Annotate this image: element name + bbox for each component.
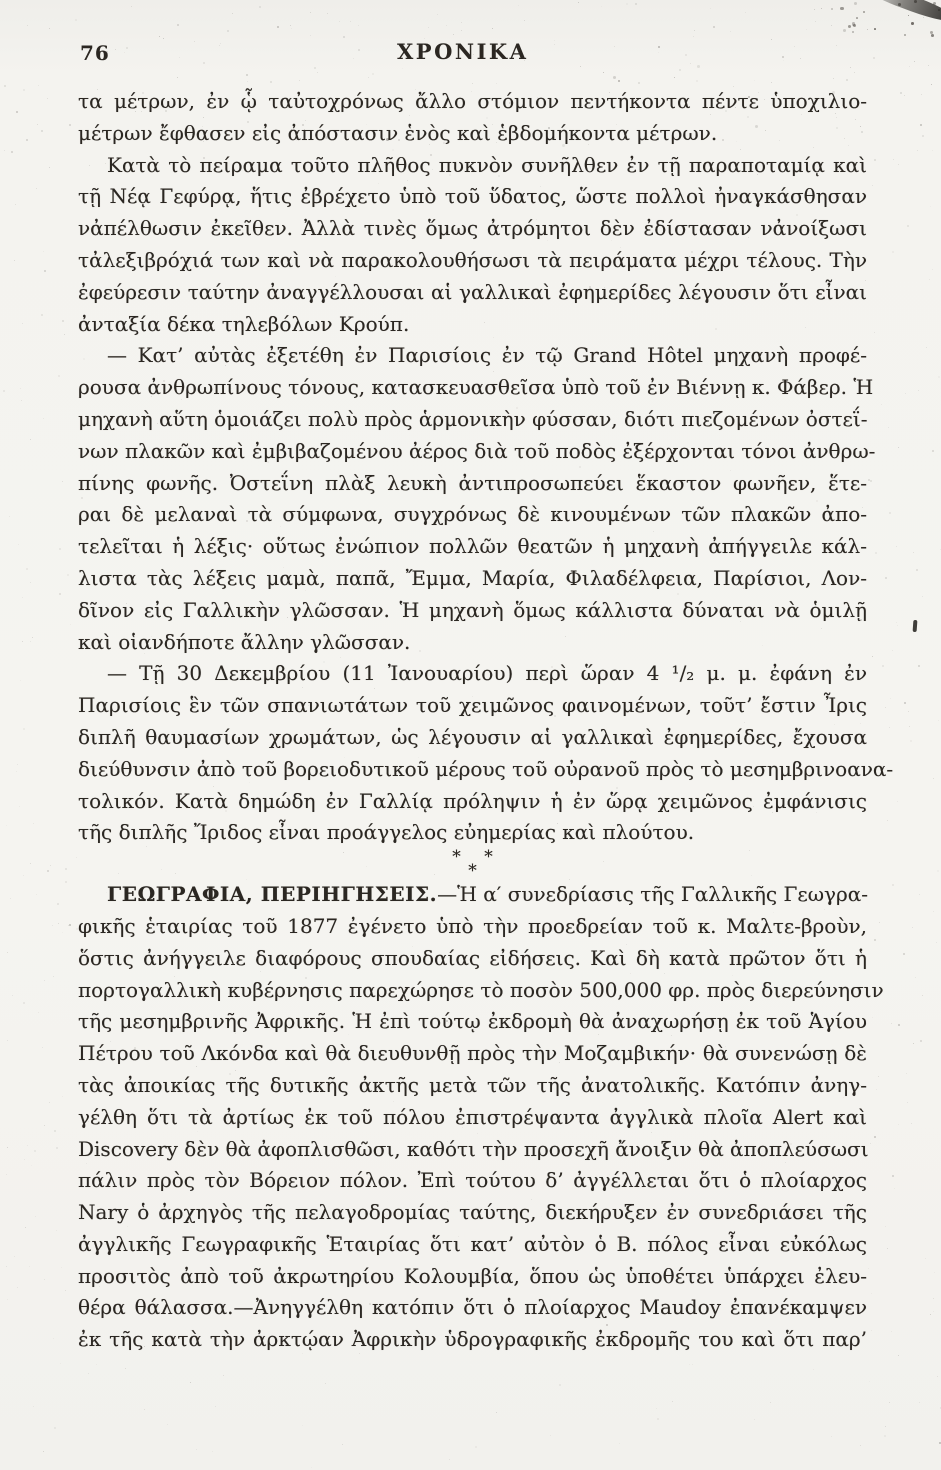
speck <box>18 544 19 545</box>
speck <box>892 650 893 651</box>
speck <box>898 164 899 165</box>
speck <box>882 665 884 667</box>
section-heading: ΓΕΩΓΡΑΦΙΑ, ΠΕΡΙΗΓΗΣΕΙΣ. <box>107 882 437 906</box>
speck <box>17 1287 18 1288</box>
speck <box>302 1425 303 1426</box>
speck <box>690 63 691 64</box>
speck <box>697 65 700 68</box>
text-line: πάλιν πρὸς τὸν Βόρειον πόλον. Ἐπὶ τούτου… <box>78 1165 867 1197</box>
speck <box>353 58 354 59</box>
speck <box>770 1402 771 1403</box>
speck <box>550 1435 551 1436</box>
speck <box>29 1266 30 1267</box>
speck <box>917 150 918 151</box>
speck <box>53 1338 54 1339</box>
speck <box>496 83 497 84</box>
speck <box>833 78 834 79</box>
speck <box>929 279 930 280</box>
speck <box>58 923 59 924</box>
speck <box>6 825 7 826</box>
speck <box>6 1174 7 1175</box>
speck <box>26 568 28 570</box>
speck <box>848 25 851 28</box>
speck <box>892 884 894 886</box>
speck <box>47 98 48 99</box>
speck <box>27 25 28 26</box>
speck <box>619 1443 620 1444</box>
speck <box>44 270 46 272</box>
speck <box>831 25 832 26</box>
speck <box>14 1256 15 1257</box>
speck <box>49 167 50 168</box>
speck <box>922 995 923 996</box>
speck <box>913 1043 914 1044</box>
speck <box>928 65 929 66</box>
speck <box>342 1444 343 1445</box>
speck <box>35 1216 36 1217</box>
text-line: Πέτρου τοῦ Λκόνδα καὶ θὰ διευθυνθῇ πρὸς … <box>78 1038 867 1070</box>
section-chronika: τα μέτρων, ἐν ᾧ ταὐτοχρόνως ἄλλο στόμιον… <box>78 86 867 849</box>
text-line: ὅστις ἀνήγγειλε διαφόρους σπουδαίας εἰδή… <box>78 943 867 975</box>
speck <box>909 726 910 727</box>
speck <box>930 1314 931 1315</box>
speck <box>814 9 815 10</box>
speck <box>215 1406 216 1407</box>
speck <box>821 8 822 9</box>
speck <box>14 260 15 261</box>
speck <box>889 727 890 728</box>
speck <box>850 67 851 68</box>
speck <box>693 36 694 37</box>
speck <box>270 81 272 83</box>
speck <box>870 480 872 482</box>
speck <box>938 376 940 378</box>
speck <box>696 80 698 82</box>
speck <box>177 77 178 78</box>
speck <box>559 1384 561 1386</box>
speck <box>884 1435 886 1437</box>
speck <box>692 1364 693 1365</box>
page-number: 76 <box>80 41 110 65</box>
speck <box>163 38 164 39</box>
text-line: Κατὰ τὸ πείραμα τοῦτο πλῆθος πυκνὸν συνῆ… <box>78 150 867 182</box>
speck <box>358 25 359 26</box>
speck <box>613 76 616 79</box>
speck <box>57 903 59 905</box>
text-line: ρουσα ἀνθρωπίνους τόνους, κατασκευασθεῖσ… <box>78 372 867 404</box>
ink-blot <box>913 620 918 632</box>
speck <box>437 14 438 15</box>
speck <box>23 875 24 876</box>
speck <box>580 66 581 67</box>
text-line: τολικόν. Κατὰ δημώδη ἐν Γαλλίᾳ πρόληψιν … <box>78 786 867 818</box>
speck <box>878 1076 879 1077</box>
speck <box>874 159 876 161</box>
speck <box>794 46 795 47</box>
speck <box>846 79 848 81</box>
speck <box>310 12 311 13</box>
speck <box>472 83 473 84</box>
speck <box>713 26 715 28</box>
speck <box>925 1258 926 1259</box>
speck <box>887 1248 888 1249</box>
speck <box>872 656 873 657</box>
text-line: νων πλακῶν καὶ ἐμβιβαζομένου ἀέρος διὰ τ… <box>78 436 867 468</box>
speck <box>881 404 882 405</box>
speck <box>194 41 195 42</box>
speck <box>59 593 61 595</box>
text-line: τἀλεξιβρόχιά των καὶ νὰ παρακολουθήσωσι … <box>78 245 867 277</box>
speck <box>518 5 519 6</box>
speck <box>554 44 555 45</box>
speck <box>190 1382 191 1383</box>
speck <box>933 1311 934 1312</box>
speck <box>854 2 857 5</box>
speck <box>658 46 660 48</box>
speck <box>358 49 360 51</box>
running-title: ΧΡΟΝΙΚΑ <box>397 39 528 64</box>
speck <box>657 1418 659 1420</box>
text-line: — Τῇ 30 Δεκεμβρίου (11 Ἰανουαρίου) περὶ … <box>78 658 867 690</box>
speck <box>892 1175 894 1177</box>
speck <box>38 1012 39 1013</box>
speck <box>62 481 63 482</box>
text-line: μηχανὴ αὕτη ὁμοιάζει πολὺ πρὸς ἁρμονικὴν… <box>78 404 867 436</box>
speck <box>327 13 328 14</box>
speck <box>635 3 637 5</box>
speck <box>730 31 731 32</box>
speck <box>7 1040 8 1041</box>
text-line: καὶ οἱανδήποτε ἄλλην γλῶσσαν. <box>78 627 867 659</box>
asterism-row-bottom: * <box>78 865 867 879</box>
speck <box>56 1147 58 1149</box>
speck <box>34 1150 36 1152</box>
speck <box>754 1419 755 1420</box>
speck <box>20 680 21 681</box>
speck <box>402 68 403 69</box>
speck <box>897 625 898 626</box>
speck <box>871 1293 872 1294</box>
speck <box>800 58 801 59</box>
speck <box>368 77 369 78</box>
text-line: Discovery δὲν θὰ ἀφοπλισθῶσι, καθότι τὴν… <box>78 1134 867 1166</box>
speck <box>310 35 311 36</box>
speck <box>69 924 71 926</box>
speck <box>907 225 909 227</box>
speck <box>936 942 937 943</box>
text-line: ἐφεύρεσιν ταύτην ἀναγγέλλουσαι αἱ γαλλικ… <box>78 277 867 309</box>
speck <box>47 870 49 872</box>
speck <box>16 771 17 772</box>
speck <box>887 820 888 821</box>
section-geography: ΓΕΩΓΡΑΦΙΑ, ΠΕΡΙΗΓΗΣΕΙΣ.—Ἡ α′ συνεδρίασις… <box>78 879 867 1356</box>
speck <box>36 894 37 895</box>
speck <box>43 1451 44 1452</box>
speck <box>67 574 69 576</box>
speck <box>891 1023 892 1024</box>
speck <box>30 439 31 440</box>
speck <box>461 30 462 31</box>
speck <box>856 17 858 19</box>
speck <box>679 69 681 71</box>
speck <box>852 31 853 32</box>
speck <box>339 21 340 22</box>
speck <box>889 512 891 514</box>
speck <box>22 641 23 642</box>
speck <box>933 1298 934 1299</box>
speck <box>783 60 784 61</box>
speck <box>10 898 11 899</box>
speck <box>909 66 910 67</box>
speck <box>912 927 913 928</box>
speck <box>125 1368 126 1369</box>
speck <box>144 1409 145 1410</box>
speck <box>911 1123 912 1124</box>
speck <box>65 881 67 883</box>
speck <box>58 375 60 377</box>
speck <box>921 94 922 95</box>
speck <box>56 1230 57 1231</box>
speck <box>475 1446 477 1448</box>
speck <box>15 204 16 205</box>
text-line: γέλθη ὅτι τὰ ἀρτίως ἐκ τοῦ πόλου ἐπιστρέ… <box>78 1102 867 1134</box>
speck <box>618 80 620 82</box>
speck <box>299 80 300 81</box>
speck <box>496 1412 497 1413</box>
speck <box>603 72 604 73</box>
speck <box>873 57 875 59</box>
asterism-divider: * * * <box>78 849 867 879</box>
speck <box>908 711 909 712</box>
speck <box>453 34 454 35</box>
speck <box>246 74 248 76</box>
text-line: διπλῆ θαυμασίων χρωμάτων, ὡς λέγουσιν αἱ… <box>78 722 867 754</box>
speck <box>41 314 43 316</box>
speck <box>68 925 69 926</box>
text-line: προσιτὸς ἀπὸ τοῦ ἀκρωτηρίου Κολουμβία, ὅ… <box>78 1261 867 1293</box>
speck <box>49 1102 50 1103</box>
speck <box>892 251 894 253</box>
speck <box>874 939 876 941</box>
speck <box>853 24 856 27</box>
speck <box>870 1143 871 1144</box>
speck <box>896 622 897 623</box>
speck <box>23 89 25 91</box>
speck <box>277 26 279 28</box>
speck <box>658 52 659 53</box>
speck <box>869 1381 870 1382</box>
speck <box>863 11 865 13</box>
speck <box>919 1402 920 1403</box>
text-line: τελεῖται ἡ λέξις· οὕτως ἐνώπιον πολλῶν θ… <box>78 531 867 563</box>
speck <box>840 7 843 10</box>
speck <box>9 516 10 517</box>
speck <box>49 28 50 29</box>
speck <box>232 13 233 14</box>
speck <box>894 1188 895 1189</box>
speck <box>891 1331 892 1332</box>
speck <box>31 1165 32 1166</box>
speck <box>291 28 292 29</box>
speck <box>52 925 53 926</box>
speck <box>16 111 18 113</box>
speck <box>372 73 374 75</box>
speck <box>38 85 39 86</box>
speck <box>36 188 37 189</box>
speck <box>874 332 875 333</box>
speck <box>223 1375 224 1376</box>
text-line: νἀπέλθωσιν ἐκεῖθεν. Ἀλλὰ τινὲς ὅμως ἀτρό… <box>78 213 867 245</box>
speck <box>813 1369 814 1370</box>
speck <box>710 8 711 9</box>
speck <box>893 159 894 160</box>
speck <box>7 1299 8 1300</box>
speck <box>831 1436 832 1437</box>
speck <box>325 1383 326 1384</box>
speck <box>932 450 934 452</box>
speck <box>203 62 205 64</box>
speck <box>23 1002 25 1004</box>
speck <box>60 1363 61 1364</box>
speck <box>875 552 877 554</box>
speck <box>37 124 38 125</box>
speck <box>938 720 939 721</box>
speck <box>922 596 923 597</box>
speck <box>53 976 54 977</box>
speck <box>831 8 833 10</box>
speck <box>904 702 906 704</box>
speck <box>23 728 25 730</box>
speck <box>890 698 891 699</box>
speck <box>930 31 933 34</box>
speck <box>885 577 887 579</box>
speck <box>898 1355 899 1356</box>
speck <box>908 15 909 16</box>
speck <box>932 269 933 270</box>
speck <box>24 1159 25 1160</box>
speck <box>885 707 886 708</box>
speck <box>910 740 912 742</box>
text-line: πίνης φωνῆς. Ὀστεΐνη πλὰξ λευκὴ ἀντιπροσ… <box>78 468 867 500</box>
text-line: τῆς διπλῆς Ἴριδος εἶναι προάγγελος εὐημε… <box>78 817 867 849</box>
speck <box>578 2 579 3</box>
speck <box>914 61 915 62</box>
speck <box>42 1047 43 1048</box>
speck <box>913 552 914 553</box>
speck <box>41 130 43 132</box>
speck <box>124 52 125 53</box>
speck <box>872 185 873 186</box>
speck <box>867 29 868 30</box>
speck <box>54 1427 56 1429</box>
speck <box>54 1130 56 1132</box>
speck <box>25 1227 26 1228</box>
speck <box>626 3 628 5</box>
speck <box>937 1376 938 1377</box>
speck <box>906 1073 907 1074</box>
speck <box>65 1290 66 1291</box>
speck <box>88 1373 89 1374</box>
speck <box>897 801 898 802</box>
speck <box>7 1147 8 1148</box>
speck <box>350 21 351 22</box>
text-line: μέτρων ἔφθασεν εἰς ἀπόστασιν ἑνὸς καὶ ἑβ… <box>78 118 867 150</box>
text-line: δῖνον εἰς Γαλλικὴν γλῶσσαν. Ἡ μηχανὴ ὅμω… <box>78 595 867 627</box>
text-line: — Κατ’ αὐτὰς ἐξετέθη ἐν Παρισίοις ἐν τῷ … <box>78 340 867 372</box>
speck <box>872 1017 873 1018</box>
speck <box>12 995 13 996</box>
text-line: τῆς μεσημβρινῆς Ἀφρικῆς. Ἡ ἐπὶ τούτῳ ἐκδ… <box>78 1006 867 1038</box>
speck <box>30 582 31 583</box>
speck <box>937 870 939 872</box>
speck <box>27 1145 28 1146</box>
speck <box>874 1136 876 1138</box>
speck <box>898 1024 900 1026</box>
speck <box>745 12 746 13</box>
speck <box>904 34 906 36</box>
speck <box>932 150 933 151</box>
document-page: 76 ΧΡΟΝΙΚΑ τα μέτρων, ἐν ᾧ ταὐτοχρόνως ἄ… <box>0 0 941 1470</box>
speck <box>44 1125 45 1126</box>
speck <box>554 40 555 41</box>
speck <box>446 25 447 26</box>
speck <box>11 151 13 153</box>
speck <box>926 347 927 348</box>
speck <box>62 1096 63 1097</box>
speck <box>159 36 160 37</box>
speck <box>26 139 28 141</box>
speck <box>889 1402 890 1403</box>
speck <box>904 95 905 96</box>
text-line: φικῆς ἑταιρίας τοῦ 1877 ἐγένετο ὑπὸ τὴν … <box>78 911 867 943</box>
speck <box>96 1364 97 1365</box>
speck <box>905 393 906 394</box>
text-line: ἀγγλικῆς Γεωγραφικῆς Ἑταιρίας ὅτι κατ’ α… <box>78 1229 867 1261</box>
page-body: τα μέτρων, ἐν ᾧ ταὐτοχρόνως ἄλλο στόμιον… <box>78 86 867 1356</box>
speck <box>44 1279 45 1280</box>
speck <box>22 597 23 598</box>
speck <box>852 22 855 25</box>
speck <box>885 1426 886 1427</box>
speck <box>689 1364 690 1365</box>
speck <box>656 1408 657 1409</box>
speck <box>30 641 31 642</box>
speck <box>7 952 8 953</box>
text-line: ΓΕΩΓΡΑΦΙΑ, ΠΕΡΙΗΓΗΣΕΙΣ.—Ἡ α′ συνεδρίασις… <box>78 879 867 911</box>
speck <box>247 81 248 82</box>
speck <box>815 21 816 22</box>
text-line: ραι δὲ μελαναὶ τὰ σύμφωνα, συγχρόνως δὲ … <box>78 499 867 531</box>
speck <box>916 569 918 571</box>
speck <box>219 45 220 46</box>
speck <box>227 30 229 32</box>
speck <box>21 400 22 401</box>
speck <box>915 977 916 978</box>
speck <box>931 34 934 37</box>
speck <box>19 806 20 807</box>
speck <box>311 1467 312 1468</box>
speck <box>685 54 687 56</box>
speck <box>131 6 132 7</box>
speck <box>638 82 640 84</box>
speck <box>22 323 23 324</box>
speck <box>694 30 695 31</box>
speck <box>898 447 899 448</box>
speck <box>871 1330 872 1331</box>
speck <box>933 911 934 912</box>
speck <box>43 251 44 252</box>
speck <box>920 124 922 126</box>
